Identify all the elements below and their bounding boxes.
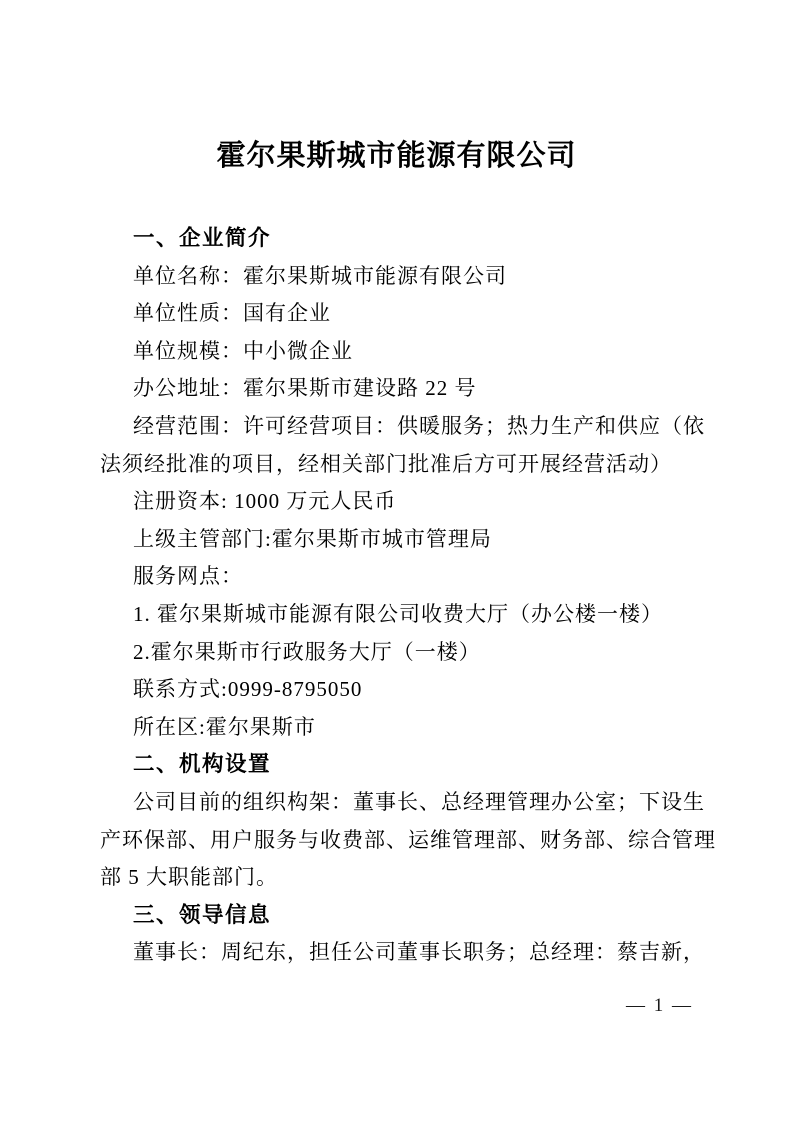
page-footer: — 1 —	[626, 995, 693, 1017]
document-page: 霍尔果斯城市能源有限公司 一、企业简介 单位名称：霍尔果斯城市能源有限公司 单位…	[0, 0, 793, 1122]
text-line-unit-scale: 单位规模：中小微企业	[100, 333, 710, 371]
text-line-supervisor-department: 上级主管部门:霍尔果斯市城市管理局	[100, 521, 710, 559]
text-line-org-structure-3: 部 5 大职能部门。	[100, 859, 710, 897]
section-heading-3: 三、领导信息	[100, 897, 710, 935]
section-heading-2: 二、机构设置	[100, 746, 710, 784]
page-number: — 1 —	[626, 995, 693, 1016]
text-line-district: 所在区:霍尔果斯市	[100, 709, 710, 747]
document-body: 一、企业简介 单位名称：霍尔果斯城市能源有限公司 单位性质：国有企业 单位规模：…	[100, 220, 710, 972]
text-line-business-scope-1: 经营范围：许可经营项目：供暖服务；热力生产和供应（依	[100, 408, 710, 446]
text-line-registered-capital: 注册资本: 1000 万元人民币	[100, 483, 710, 521]
text-line-service-outlet-2: 2.霍尔果斯市行政服务大厅（一楼）	[100, 634, 710, 672]
text-line-unit-nature: 单位性质：国有企业	[100, 295, 710, 333]
text-line-service-outlets-label: 服务网点：	[100, 558, 710, 596]
document-title: 霍尔果斯城市能源有限公司	[0, 133, 793, 174]
text-line-org-structure-2: 产环保部、用户服务与收费部、运维管理部、财务部、综合管理	[100, 822, 710, 860]
text-line-service-outlet-1: 1. 霍尔果斯城市能源有限公司收费大厅（办公楼一楼）	[100, 596, 710, 634]
text-line-org-structure-1: 公司目前的组织构架：董事长、总经理管理办公室；下设生	[100, 784, 710, 822]
text-line-business-scope-2: 法须经批准的项目，经相关部门批准后方可开展经营活动）	[100, 446, 710, 484]
text-line-leadership: 董事长：周纪东，担任公司董事长职务；总经理：蔡吉新，	[100, 934, 710, 972]
text-line-contact-phone: 联系方式:0999-8795050	[100, 671, 710, 709]
text-line-office-address: 办公地址：霍尔果斯市建设路 22 号	[100, 370, 710, 408]
section-heading-1: 一、企业简介	[100, 220, 710, 258]
text-line-unit-name: 单位名称：霍尔果斯城市能源有限公司	[100, 258, 710, 296]
